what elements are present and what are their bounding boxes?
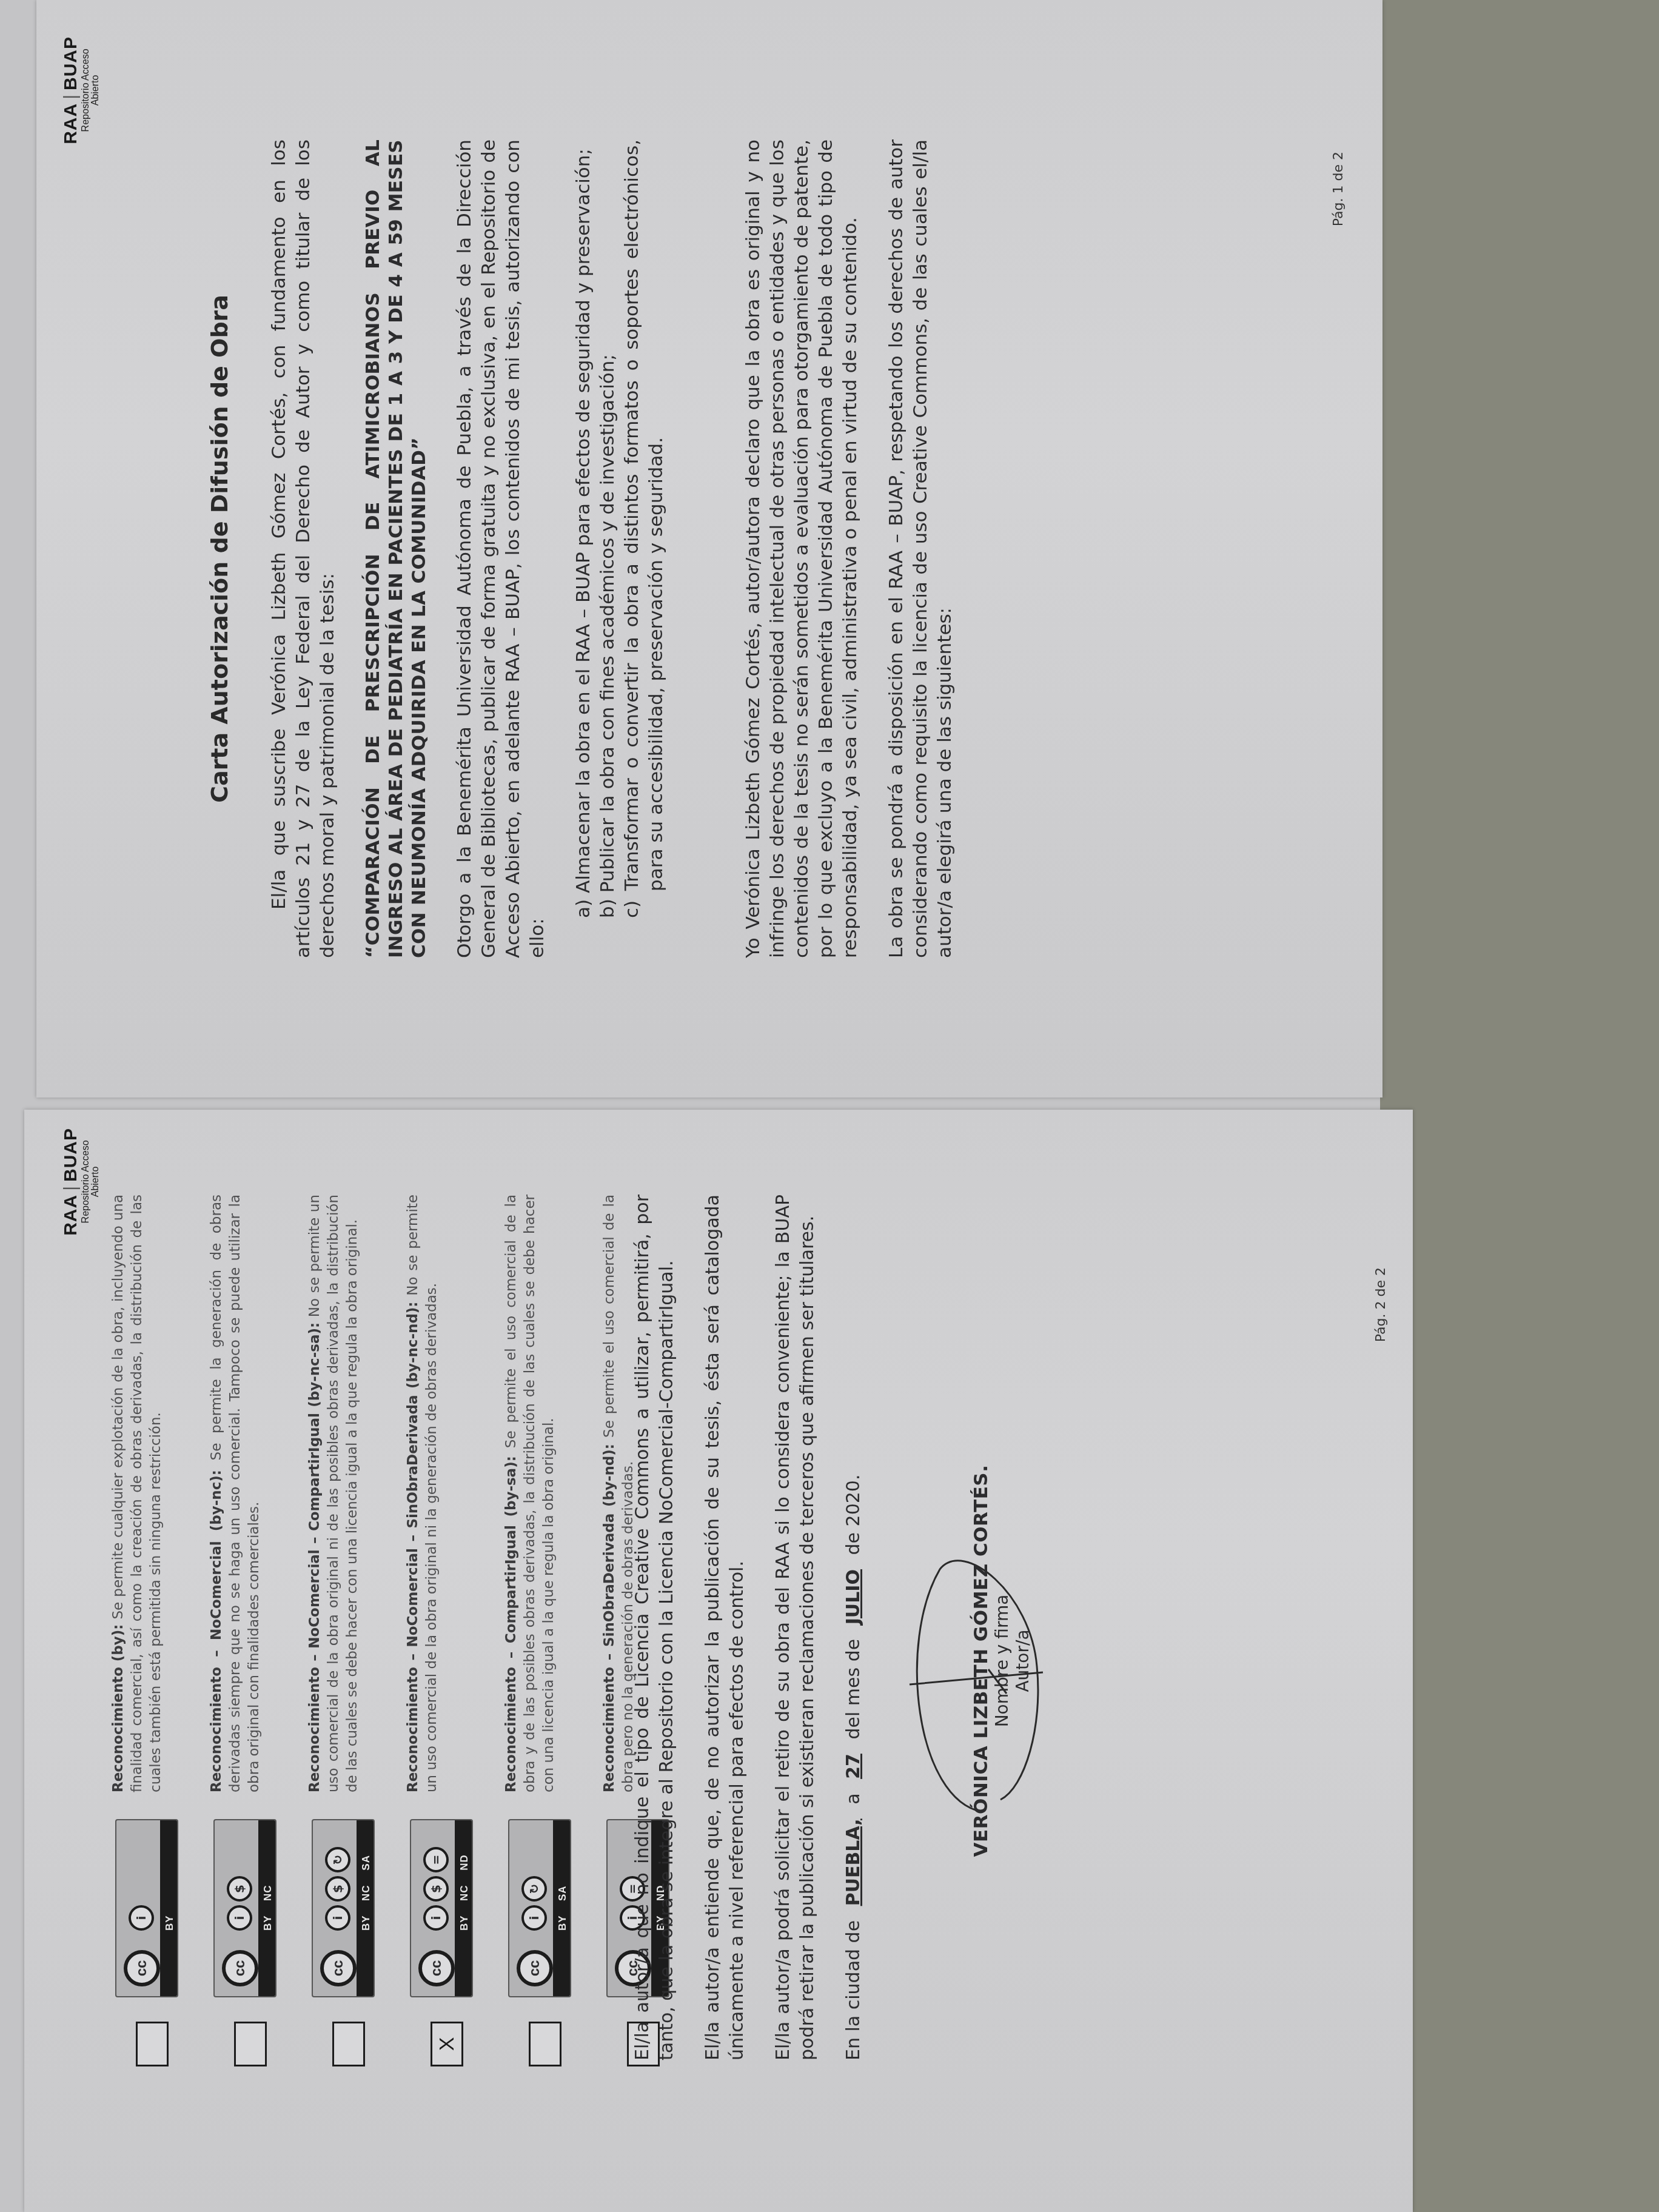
license-option: cciBYReconocimiento (by): Se permite cua… xyxy=(109,1195,200,2066)
cc-icon: cc xyxy=(320,1950,357,1986)
day-field[interactable]: 27 xyxy=(843,1745,864,1788)
cc-icon: cc xyxy=(418,1950,455,1986)
no-derivatives-icon: = xyxy=(423,1847,449,1872)
declaration-paragraph: Yo Verónica Lizbeth Gómez Cortés, autor/… xyxy=(741,139,862,958)
list-item: b) Publicar la obra con fines académicos… xyxy=(595,139,620,958)
license-codes: BY NC xyxy=(262,1885,274,1931)
logo-buap: BUAP xyxy=(61,1128,81,1182)
license-codes: BY NC ND xyxy=(458,1854,471,1931)
license-name: Reconocimiento – SinObraDerivada (by-nd)… xyxy=(602,1444,617,1792)
list-item: c) Transformar o convertir la obra a dis… xyxy=(620,139,668,958)
license-description: Reconocimiento – NoComercial – Compartir… xyxy=(306,1195,362,1792)
attribution-icon: i xyxy=(227,1905,252,1931)
license-option: cci$BY NCReconocimiento – NoComercial (b… xyxy=(207,1195,298,2066)
table-surface xyxy=(1380,0,1659,2212)
intro-paragraph: El/la que suscribe Verónica Lizbeth Góme… xyxy=(267,139,340,958)
logo-buap: BUAP xyxy=(61,36,81,90)
month-field[interactable]: JULIO xyxy=(843,1561,864,1633)
logo-subtitle-1: Repositorio Acceso xyxy=(81,36,91,144)
signatory-role: Autor/a xyxy=(1013,1110,1033,2212)
page-number: Pág. 2 de 2 xyxy=(1373,1267,1389,1342)
page-title: Carta Autorización de Difusión de Obra xyxy=(206,0,233,1098)
document-page-1: RAA|BUAP Repositorio Acceso Abierto Cart… xyxy=(36,0,1382,1098)
logo-subtitle-2: Abierto xyxy=(91,1128,101,1236)
license-description: Reconocimiento (by): Se permite cualquie… xyxy=(109,1195,166,1792)
share-alike-icon: ↻ xyxy=(521,1876,547,1902)
cc-icon: cc xyxy=(124,1950,160,1986)
authorization-list: a) Almacenar la obra en el RAA – BUAP pa… xyxy=(571,139,668,958)
thesis-title: “COMPARACIÓN DE PRESCRIPCIÓN DE ATIMICRO… xyxy=(361,139,431,958)
default-license-note: El/la autor/a que no indique el tipo de … xyxy=(631,1195,679,2060)
month-prefix: del mes de xyxy=(843,1639,864,1740)
cc-license-badge-icon: cciBY xyxy=(115,1819,178,1997)
date-connector: a xyxy=(843,1793,864,1804)
document-page-2: RAA|BUAP Repositorio Acceso Abierto cciB… xyxy=(24,1110,1413,2212)
place-prefix: En la ciudad de xyxy=(843,1920,864,2060)
license-name: Reconocimiento – CompartirIgual (by-sa): xyxy=(503,1456,519,1792)
license-description: Reconocimiento – NoComercial (by-nc): Se… xyxy=(207,1195,264,1792)
cc-icon: cc xyxy=(222,1950,258,1986)
attribution-icon: i xyxy=(521,1905,547,1931)
license-codes: BY xyxy=(164,1915,176,1931)
license-checkbox[interactable] xyxy=(529,2022,561,2066)
place-date-line: En la ciudad de PUEBLA, a 27 del mes de … xyxy=(842,1195,866,2060)
license-option: cci↻BY SAReconocimiento – CompartirIgual… xyxy=(502,1195,593,2066)
share-alike-icon: ↻ xyxy=(325,1847,350,1872)
license-codes: BY SA xyxy=(557,1885,569,1931)
license-codes: BY NC SA xyxy=(360,1855,372,1931)
license-option: cci$↻BY NC SAReconocimiento – NoComercia… xyxy=(306,1195,397,2066)
referential-note: El/la autor/a entiende que, de no autori… xyxy=(701,1195,749,2060)
attribution-icon: i xyxy=(129,1905,154,1931)
grant-paragraph: Otorgo a la Benemérita Universidad Autón… xyxy=(452,139,549,958)
list-item: a) Almacenar la obra en el RAA – BUAP pa… xyxy=(571,139,595,958)
page-number: Pág. 1 de 2 xyxy=(1331,152,1346,226)
license-checkbox[interactable] xyxy=(234,2022,267,2066)
logo-raa: RAA xyxy=(61,103,81,144)
cc-license-badge-icon: cci$=BY NC ND xyxy=(410,1819,473,1997)
signatory-name: VERÓNICA LIZBETH GÓMEZ CORTÉS. xyxy=(970,1110,992,2212)
attribution-icon: i xyxy=(325,1905,350,1931)
signatory-caption: Nombre y firma xyxy=(992,1110,1013,2212)
cc-license-badge-icon: cci↻BY SA xyxy=(508,1819,571,1997)
cc-icon: cc xyxy=(517,1950,553,1986)
license-checkbox[interactable] xyxy=(332,2022,365,2066)
license-name: Reconocimiento – NoComercial (by-nc): xyxy=(209,1470,224,1792)
license-name: Reconocimiento (by): xyxy=(110,1624,126,1792)
cc-license-badge-icon: cci$BY NC xyxy=(213,1819,276,1997)
license-name: Reconocimiento – NoComercial – SinObraDe… xyxy=(405,1301,421,1792)
signature-block: VERÓNICA LIZBETH GÓMEZ CORTÉS. Nombre y … xyxy=(970,1110,1033,2212)
license-intro-paragraph: La obra se pondrá a disposición en el RA… xyxy=(884,139,957,958)
attribution-icon: i xyxy=(423,1905,449,1931)
withdrawal-note: El/la autor/a podrá solicitar el retiro … xyxy=(771,1195,820,2060)
non-commercial-icon: $ xyxy=(325,1876,350,1902)
license-options: cciBYReconocimiento (by): Se permite cua… xyxy=(109,1195,699,2066)
non-commercial-icon: $ xyxy=(423,1876,449,1902)
license-checkbox[interactable]: X xyxy=(431,2022,463,2066)
logo-subtitle-2: Abierto xyxy=(91,36,101,144)
license-description: Reconocimiento – NoComercial – SinObraDe… xyxy=(404,1195,441,1792)
license-description: Reconocimiento – CompartirIgual (by-sa):… xyxy=(502,1195,558,1792)
cc-license-badge-icon: cci$↻BY NC SA xyxy=(312,1819,375,1997)
raa-buap-logo: RAA|BUAP Repositorio Acceso Abierto xyxy=(61,36,101,144)
license-option: Xcci$=BY NC NDReconocimiento – NoComerci… xyxy=(404,1195,495,2066)
license-checkbox[interactable] xyxy=(136,2022,169,2066)
license-name: Reconocimiento – NoComercial – Compartir… xyxy=(307,1322,323,1792)
year-suffix: de 2020. xyxy=(843,1475,864,1555)
city-field[interactable]: PUEBLA, xyxy=(843,1810,864,1914)
logo-raa: RAA xyxy=(61,1195,81,1236)
non-commercial-icon: $ xyxy=(227,1876,252,1902)
logo-subtitle-1: Repositorio Acceso xyxy=(81,1128,91,1236)
raa-buap-logo: RAA|BUAP Repositorio Acceso Abierto xyxy=(61,1128,101,1236)
